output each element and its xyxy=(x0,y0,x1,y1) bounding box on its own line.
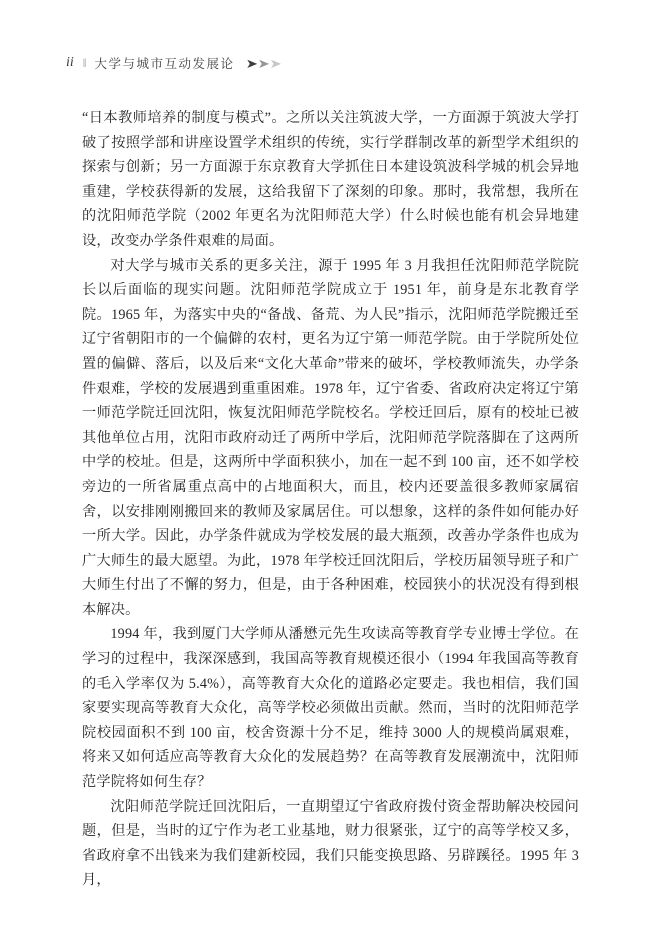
header-arrows: ➤ ➤ ➤ xyxy=(246,57,282,70)
arrow-right-icon: ➤ xyxy=(270,57,282,69)
paragraph-2: 对大学与城市关系的更多关注，源于 1995 年 3 月我担任沈阳师范学院院长以后… xyxy=(82,254,579,623)
arrow-right-icon: ➤ xyxy=(258,57,270,69)
page-header: ii ‖ 大学与城市互动发展论 ➤ ➤ ➤ xyxy=(66,54,282,72)
body-text: “日本教师培养的制度与模式”。之所以关注筑波大学，一方面源于筑波大学打破了按照学… xyxy=(82,106,579,893)
header-separator-icon: ‖ xyxy=(83,55,87,71)
paragraph-continuation: “日本教师培养的制度与模式”。之所以关注筑波大学，一方面源于筑波大学打破了按照学… xyxy=(82,106,579,254)
book-page: ii ‖ 大学与城市互动发展论 ➤ ➤ ➤ “日本教师培养的制度与模式”。之所以… xyxy=(0,0,661,925)
paragraph-4: 沈阳师范学院迁回沈阳后，一直期望辽宁省政府拨付资金帮助解决校园问题，但是，当时的… xyxy=(82,795,579,893)
book-title: 大学与城市互动发展论 xyxy=(94,54,234,72)
page-number: ii xyxy=(66,55,74,71)
arrow-right-icon: ➤ xyxy=(246,57,258,69)
paragraph-3: 1994 年，我到厦门大学师从潘懋元先生攻读高等教育学专业博士学位。在学习的过程… xyxy=(82,622,579,794)
